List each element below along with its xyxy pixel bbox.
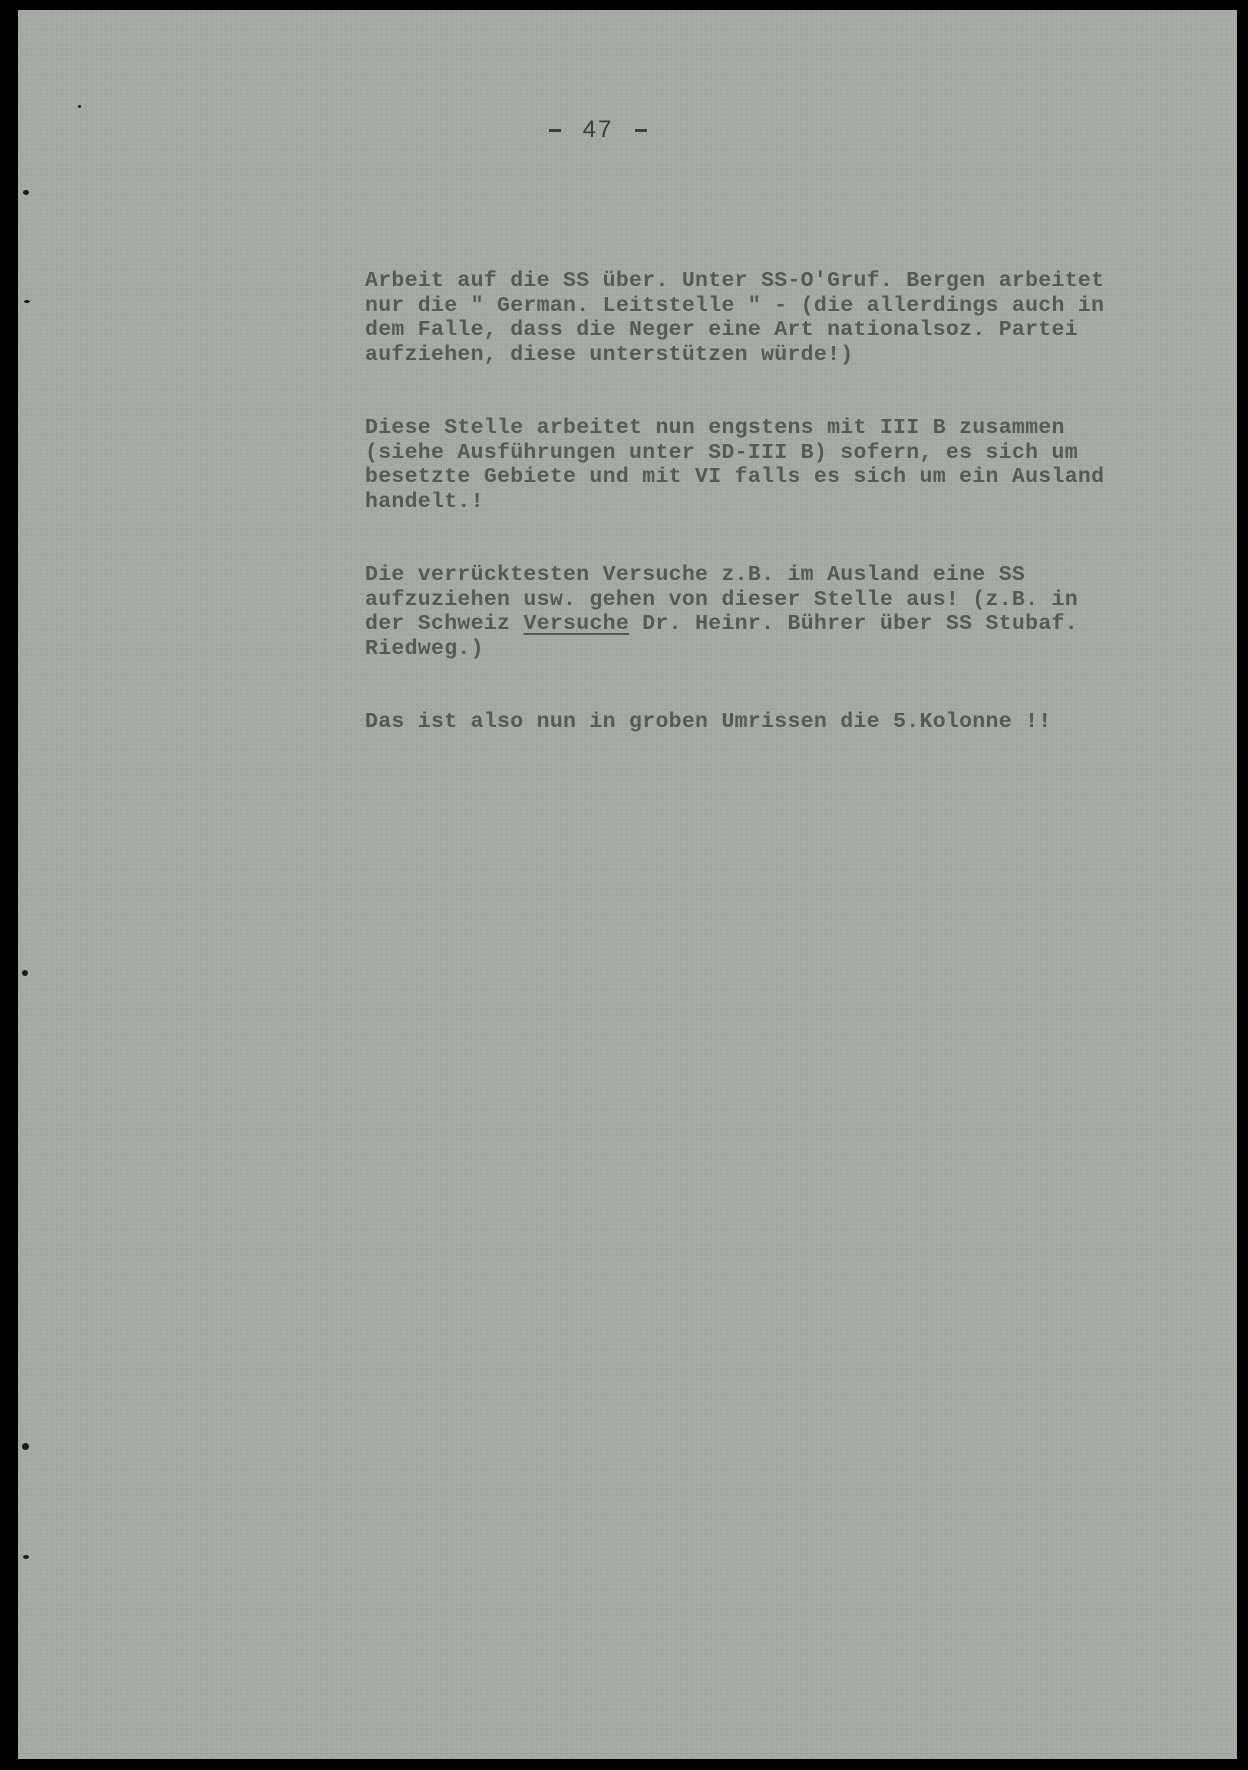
paragraph-2: Diese Stelle arbeitet nun engstens mit I… <box>365 416 1215 514</box>
document-page: 47 Arbeit auf die SS über. Unter SS-O'Gr… <box>18 10 1237 1759</box>
speck <box>78 105 81 108</box>
paragraph-1: Arbeit auf die SS über. Unter SS-O'Gruf.… <box>365 269 1215 367</box>
punch-mark <box>24 300 30 303</box>
document-body: Arbeit auf die SS über. Unter SS-O'Gruf.… <box>365 269 1215 735</box>
page-number: 47 <box>523 116 673 144</box>
paragraph-4: Das ist also nun in groben Umrissen die … <box>365 710 1215 735</box>
underlined-word: Versuche <box>523 612 629 636</box>
paragraph-3: Die verrücktesten Versuche z.B. im Ausla… <box>365 563 1215 661</box>
punch-mark <box>22 1443 29 1450</box>
punch-mark <box>23 1555 29 1559</box>
dash-right <box>635 129 647 132</box>
dash-left <box>549 129 561 132</box>
punch-mark <box>23 190 29 195</box>
punch-mark <box>22 970 28 976</box>
